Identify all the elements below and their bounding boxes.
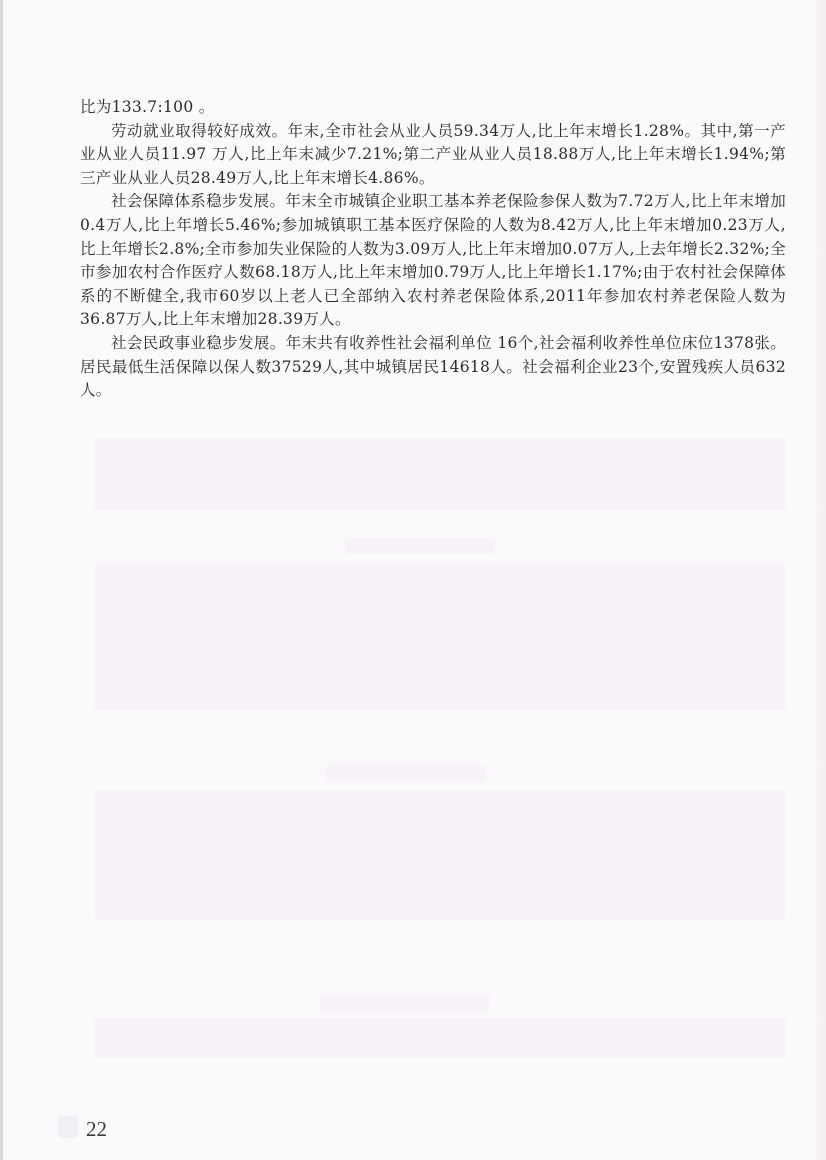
paragraph-social-security: 社会保障体系稳步发展。年末全市城镇企业职工基本养老保险参保人数为7.72万人,比…: [80, 190, 786, 332]
paragraph-civil-affairs: 社会民政事业稳步发展。年末共有收养性社会福利单位 16个,社会福利收养性单位床位…: [80, 332, 786, 403]
paragraph-continuation: 比为133.7:100 。: [80, 96, 786, 120]
paragraph-employment: 劳动就业取得较好成效。年末,全市社会从业人员59.34万人,比上年末增长1.28…: [80, 120, 786, 191]
page-number: 22: [86, 1117, 107, 1142]
page-edge-right: [812, 0, 826, 1160]
show-through-heading: [325, 765, 485, 781]
page-number-mark: [58, 1116, 78, 1138]
page-edge-left: [0, 0, 3, 1160]
show-through-block: [95, 438, 785, 510]
document-body: 比为133.7:100 。 劳动就业取得较好成效。年末,全市社会从业人员59.3…: [80, 96, 786, 403]
show-through-block: [95, 1018, 785, 1058]
show-through-block: [95, 790, 785, 920]
show-through-heading: [345, 538, 495, 554]
show-through-block: [95, 565, 785, 710]
show-through-heading: [320, 995, 490, 1011]
